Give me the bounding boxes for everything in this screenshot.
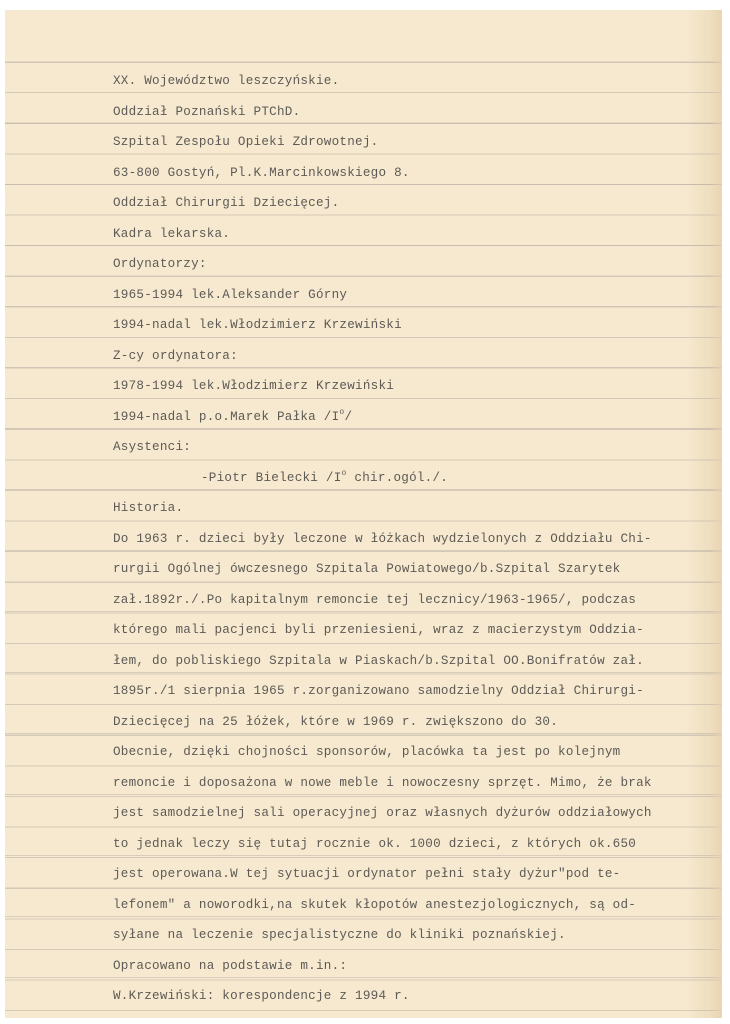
header-address: 63-800 Gostyń, Pl.K.Marcinkowskiego 8. (113, 158, 730, 189)
history-line: jest samodzielnej sali operacyjnej oraz … (113, 798, 730, 829)
deputy-entry: 1994-nadal p.o.Marek Pałka /Io/ (113, 402, 730, 433)
history-line: którego mali pacjenci byli przeniesieni,… (113, 615, 730, 646)
head-entry: 1994-nadal lek.Włodzimierz Krzewiński (113, 310, 730, 341)
history-line: Dziecięcej na 25 łóżek, które w 1969 r. … (113, 707, 730, 738)
history-line: to jednak leczy się tutaj rocznie ok. 10… (113, 829, 730, 860)
header-hospital: Szpital Zespołu Opieki Zdrowotnej. (113, 127, 730, 158)
deputy-entry-text: 1994-nadal p.o.Marek Pałka /I (113, 410, 339, 424)
history-line: Do 1963 r. dzieci były leczone w łóżkach… (113, 524, 730, 555)
history-line: jest operowana.W tej sytuacji ordynator … (113, 859, 730, 890)
source-entry: W.Krzewiński: korespondencje z 1994 r. (113, 981, 730, 1012)
header-voivodeship: XX. Województwo leszczyńskie. (113, 66, 730, 97)
history-line: Obecnie, dzięki chojności sponsorów, pla… (113, 737, 730, 768)
assistant-entry-text: -Piotr Bielecki /I (201, 471, 342, 485)
history-line: rurgii Ogólnej ówczesnego Szpitala Powia… (113, 554, 730, 585)
history-line: remoncie i doposażona w nowe meble i now… (113, 768, 730, 799)
deputy-entry: 1978-1994 lek.Włodzimierz Krzewiński (113, 371, 730, 402)
assistants-heading: Asystenci: (113, 432, 730, 463)
history-line: syłane na leczenie specjalistyczne do kl… (113, 920, 730, 951)
header-department: Oddział Chirurgii Dziecięcej. (113, 188, 730, 219)
deputies-heading: Z-cy ordynatora: (113, 341, 730, 372)
header-staff-title: Kadra lekarska. (113, 219, 730, 250)
assistant-entry-tail: chir.ogól./. (347, 471, 449, 485)
history-line: lefonem" a noworodki,na skutek kłopotów … (113, 890, 730, 921)
assistant-entry: -Piotr Bielecki /Io chir.ogól./. (113, 463, 730, 494)
history-line: łem, do pobliskiego Szpitala w Piaskach/… (113, 646, 730, 677)
document-text: XX. Województwo leszczyńskie. Oddział Po… (113, 66, 730, 1012)
heads-heading: Ordynatorzy: (113, 249, 730, 280)
history-line: 1895r./1 sierpnia 1965 r.zorganizowano s… (113, 676, 730, 707)
history-line: zał.1892r./.Po kapitalnym remoncie tej l… (113, 585, 730, 616)
sources-heading: Opracowano na podstawie m.in.: (113, 951, 730, 982)
history-heading: Historia. (113, 493, 730, 524)
deputy-entry-tail: / (344, 410, 352, 424)
header-branch: Oddział Poznański PTChD. (113, 97, 730, 128)
head-entry: 1965-1994 lek.Aleksander Górny (113, 280, 730, 311)
